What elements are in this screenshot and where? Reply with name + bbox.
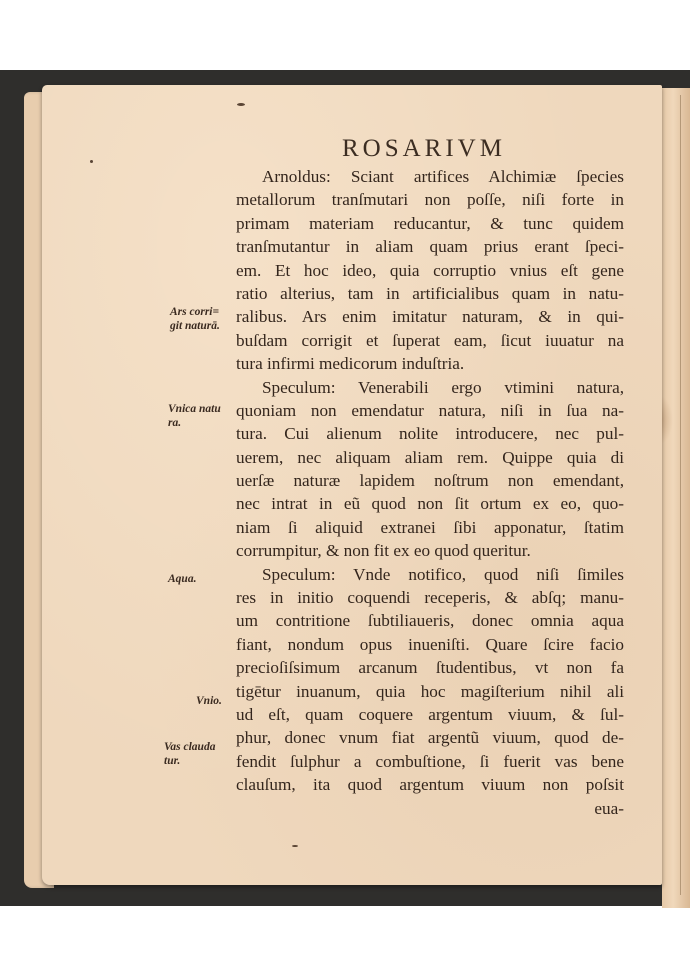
- text-line: uerem, nec aliquam aliam rem. Quippe qui…: [236, 446, 624, 469]
- text-line: Speculum: Vnde notifico, quod niſi ſimil…: [236, 563, 624, 586]
- margin-note-line: Vas clauda: [164, 740, 215, 754]
- margin-note-ars-corrigit: Ars corri= git naturā.: [170, 305, 220, 333]
- margin-note-line: ra.: [168, 416, 221, 430]
- text-line: Arnoldus: Sciant artifices Alchimiæ ſpec…: [236, 165, 624, 188]
- margin-note-vas-claudatur: Vas clauda tur.: [164, 740, 215, 768]
- text-line: buſdam corrigit et ſuperat eam, ſicut iu…: [236, 329, 624, 352]
- text-line: ralibus. Ars enim imitatur naturam, & in…: [236, 305, 624, 328]
- text-line: metallorum tranſmutari non poſſe, niſi f…: [236, 188, 624, 211]
- ink-speck: [90, 160, 93, 163]
- text-line: clauſum, ita quod argentum viuum non poſ…: [236, 773, 624, 796]
- text-line: ud eſt, quam coquere argentum viuum, & ſ…: [236, 703, 624, 726]
- margin-note-vnica-natura: Vnica natu ra.: [168, 402, 221, 430]
- text-line: quoniam non emendatur natura, niſi in ſu…: [236, 399, 624, 422]
- text-line: tranſmutantur in aliam quam prius erant …: [236, 235, 624, 258]
- text-line: em. Et hoc ideo, quia corruptio vnius eſ…: [236, 259, 624, 282]
- text-line: precioſiſsimum arcanum ſtudentibus, vt n…: [236, 656, 624, 679]
- margin-note-line: Ars corri=: [170, 305, 220, 319]
- text-line: fiant, nondum opus inueniſti. Quare ſcir…: [236, 633, 624, 656]
- ink-speck: [292, 845, 298, 847]
- text-line: fendit ſulphur a combuſtione, ſi fuerit …: [236, 750, 624, 773]
- text-line: primam materiam reducantur, & tunc quide…: [236, 212, 624, 235]
- text-line: uerſæ naturæ lapidem noſtrum non emendan…: [236, 469, 624, 492]
- running-head: ROSARIVM: [342, 135, 506, 163]
- margin-note-vnio: Vnio.: [196, 694, 222, 708]
- ink-speck: [237, 103, 245, 106]
- text-line: phur, donec vnum fiat argentũ viuum, quo…: [236, 726, 624, 749]
- text-line: tura. Cui alienum nolite introducere, ne…: [236, 422, 624, 445]
- text-line: niam ſi aliquid extranei ſibi apponatur,…: [236, 516, 624, 539]
- facing-page-edge: [662, 88, 690, 908]
- margin-note-aqua: Aqua.: [168, 572, 196, 586]
- text-line: nec intrat in eũ quod non ſit ortum ex e…: [236, 492, 624, 515]
- margin-note-line: Vnica natu: [168, 402, 221, 416]
- text-line: res in initio coquendi receperis, & abſq…: [236, 586, 624, 609]
- text-line: um contritione ſubtiliaueris, donec omni…: [236, 609, 624, 632]
- text-line: tigētur inuanum, quia hoc magiſterium ni…: [236, 680, 624, 703]
- text-line: Speculum: Venerabili ergo vtimini natura…: [236, 376, 624, 399]
- margin-note-line: Aqua.: [168, 572, 196, 586]
- body-text: Arnoldus: Sciant artifices Alchimiæ ſpec…: [236, 165, 624, 820]
- gutter-line: [680, 95, 681, 895]
- text-line: corrumpitur, & non fit ex eo quod querit…: [236, 539, 624, 562]
- margin-note-line: tur.: [164, 754, 215, 768]
- margin-note-line: Vnio.: [196, 694, 222, 708]
- text-line: ratio alterius, tam in artificialibus qu…: [236, 282, 624, 305]
- margin-note-line: git naturā.: [170, 319, 220, 333]
- text-line: tura infirmi medicorum induſtria.: [236, 352, 624, 375]
- catchword: eua-: [236, 797, 624, 820]
